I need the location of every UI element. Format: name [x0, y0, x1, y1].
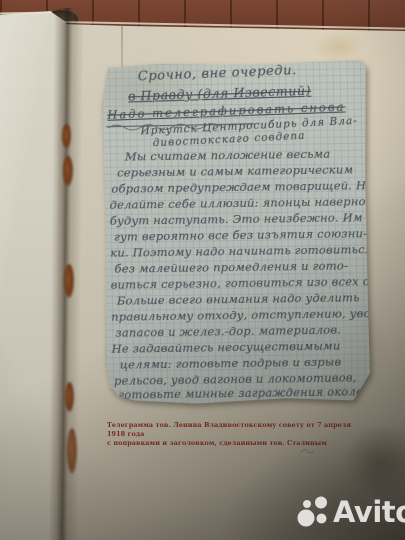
pencil-mark	[299, 446, 315, 456]
telegram-body-line: делайте себе иллюзий: японцы наверное	[109, 194, 372, 212]
avito-watermark: Avito	[295, 494, 405, 530]
telegram-body-line: гут вероятно все без изъятия союзни-	[114, 226, 367, 244]
telegram-body-line: Мы считаем положение весьма	[125, 147, 331, 164]
telegram-body-line: ки. Поэтому надо начинать готовиться	[110, 242, 372, 260]
rust-stain	[65, 382, 74, 412]
rust-stain	[62, 124, 71, 148]
telegram-graph-paper: Срочно, вне очереди. в Правду (для Извес…	[102, 60, 371, 406]
print-caption-line-2: с поправками и заголовком, сделанными то…	[107, 439, 367, 448]
rust-stain	[67, 428, 77, 474]
telegram-body-line: Не задавайтесь неосуществимыми	[112, 339, 341, 356]
telegram-body-line: правильному отходу, отступлению, увозу	[111, 306, 384, 324]
print-caption-line-1: Телеграмма тов. Ленина Владивостокскому …	[107, 421, 367, 439]
telegram-body-line: без малейшего промедления и гото-	[114, 258, 348, 275]
telegram-body-line: запасов и желез.-дор. материалов.	[115, 323, 341, 340]
telegram-body-line: целями: готовьте подрыв и взрыв	[120, 355, 342, 372]
telegram-body-line: виться серьезно, готовиться изо всех сил…	[111, 274, 389, 292]
avito-wordmark: Avito	[333, 498, 405, 527]
telegram-body-line: серьезным и самым категорическим	[117, 162, 353, 179]
book-photo: Срочно, вне очереди. в Правду (для Извес…	[0, 0, 405, 540]
telegram-header-crossed-pravda: в Правду (для Известий)	[128, 83, 311, 104]
telegram-sheet: Срочно, вне очереди. в Правду (для Извес…	[102, 60, 371, 406]
telegram-header-urgent: Срочно, вне очереди.	[138, 63, 298, 84]
telegram-body-line: будут наступать. Это неизбежно. Им помо-	[110, 210, 403, 228]
print-caption: Телеграмма тов. Ленина Владивостокскому …	[107, 421, 367, 449]
telegram-body-line: Больше всего внимания надо уделить	[117, 290, 360, 307]
rust-stain	[63, 156, 73, 186]
telegram-body-line: образом предупреждаем товарищей. Не	[111, 178, 373, 196]
telegram-body-line: готовьте минные заграждения около	[118, 384, 363, 401]
avito-dots-icon	[295, 494, 331, 530]
rust-stain	[64, 264, 74, 298]
